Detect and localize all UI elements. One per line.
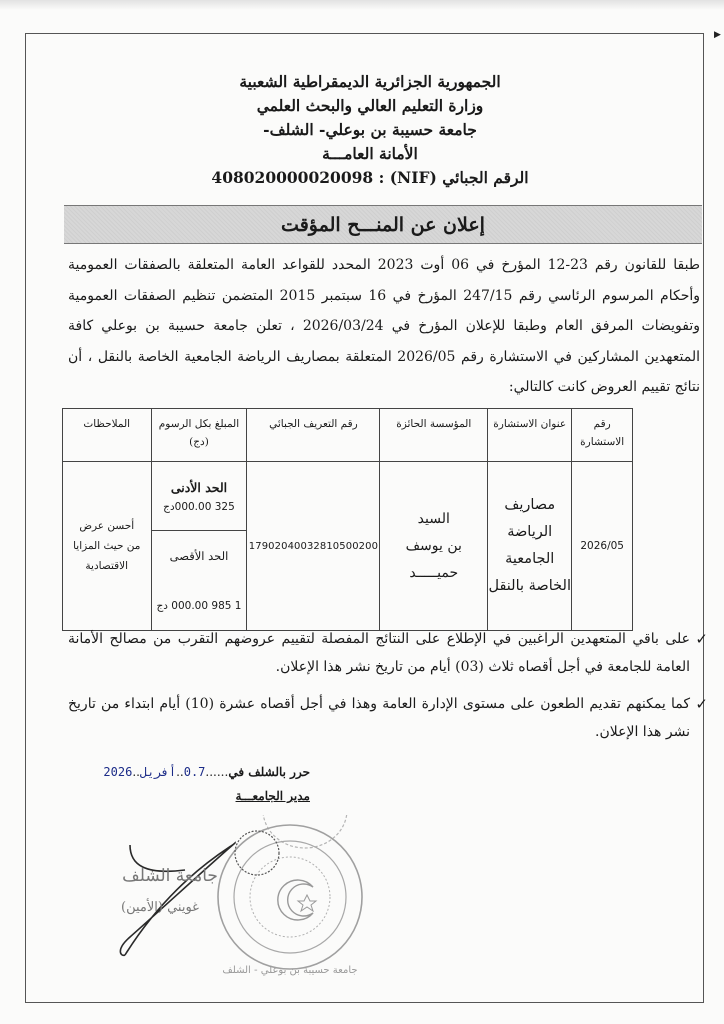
cell-amount: الحد الأدنى 325 000.00دج الحد الأقصى 1 9…: [151, 462, 247, 631]
tax-id-label: الرقم الجبائي (NIF) :: [379, 168, 529, 187]
checkmark-icon: ✓: [690, 625, 708, 653]
notice-text: كما يمكنهم تقديم الطعون على مستوى الإدار…: [68, 690, 690, 746]
tax-id-line: الرقم الجبائي (NIF) : 408020000020098: [150, 166, 590, 190]
scan-marker-icon: ▶: [714, 30, 721, 40]
intro-text: طبقا للقانون رقم 23-12 المؤرخ في 06 أوت …: [68, 250, 700, 403]
notice-item: ✓ على باقي المتعهدين الراغبين في الإطلاع…: [68, 625, 708, 681]
notice-text: على باقي المتعهدين الراغبين في الإطلاع ع…: [68, 625, 690, 681]
cell-notes: أحسن عرض من حيث المزايا الاقتصادية: [63, 462, 152, 631]
header-winning-company: المؤسسة الحائزة: [380, 409, 488, 462]
date-dots: ......: [205, 765, 228, 779]
document-header: الجمهورية الجزائرية الديمقراطية الشعبية …: [150, 70, 590, 190]
min-label: الحد الأدنى: [171, 480, 227, 495]
table-header-row: رقم الاستشارة عنوان الاستشارة المؤسسة ال…: [63, 409, 633, 462]
notice-list: ✓ على باقي المتعهدين الراغبين في الإطلاع…: [68, 625, 708, 755]
signatory-role: مدير الجامعـــة: [60, 784, 310, 808]
header-consultation-number: رقم الاستشارة: [572, 409, 633, 462]
company-line-1: السيد: [380, 506, 487, 533]
max-label: الحد الأقصى: [170, 549, 229, 563]
notes-text: أحسن عرض من حيث المزايا الاقتصادية: [63, 516, 151, 576]
header-tax-id: رقم التعريف الجبائي: [247, 409, 380, 462]
official-stamp-icon: جامعة حسيبة بن بوعلي - الشلف جامعة الشلف…: [85, 815, 385, 995]
date-month: أفريل: [140, 765, 176, 779]
cell-tax-id: 17902040032810500200: [247, 462, 380, 631]
date-day: 0.7: [184, 765, 206, 779]
consultation-title-text: مصاريف الرياضة الجامعية الخاصة بالنقل: [488, 497, 570, 594]
amount-minimum: الحد الأدنى 325 000.00دج: [152, 462, 247, 531]
max-value: 1 985 000.00 دج: [157, 600, 242, 612]
min-value: 325 000.00دج: [163, 501, 235, 513]
tax-id-value: 408020000020098: [211, 168, 373, 187]
university-name: جامعة حسيبة بن بوعلي- الشلف-: [150, 118, 590, 142]
ministry-name: وزارة التعليم العالي والبحث العلمي: [150, 94, 590, 118]
announcement-title: إعلان عن المنـــح المؤقت: [281, 214, 485, 236]
svg-text:جامعة حسيبة بن بوعلي - الشلف: جامعة حسيبة بن بوعلي - الشلف: [222, 965, 357, 976]
intro-paragraph: طبقا للقانون رقم 23-12 المؤرخ في 06 أوت …: [68, 250, 700, 403]
date-year: 2026: [103, 765, 132, 779]
department-name: الأمانة العامـــة: [150, 142, 590, 166]
issued-at-line: حرر بالشلف في......0.7..أفريل..2026: [60, 760, 310, 784]
company-line-3: حميـــــد: [380, 560, 487, 587]
cell-consultation-number: 2026/05: [572, 462, 633, 631]
place-label: حرر بالشلف في: [228, 765, 310, 779]
header-amount: المبلغ بكل الرسوم (دج): [151, 409, 247, 462]
signature-block: حرر بالشلف في......0.7..أفريل..2026 مدير…: [60, 760, 310, 808]
svg-text:غويني (الأمين): غويني (الأمين): [121, 898, 199, 915]
amount-maximum: الحد الأقصى 1 985 000.00 دج: [152, 531, 247, 630]
header-notes: الملاحظات: [63, 409, 152, 462]
cell-consultation-title: مصاريف الرياضة الجامعية الخاصة بالنقل: [488, 462, 572, 631]
table-row: 2026/05 مصاريف الرياضة الجامعية الخاصة ب…: [63, 462, 633, 631]
notice-item: ✓ كما يمكنهم تقديم الطعون على مستوى الإد…: [68, 690, 708, 746]
checkmark-icon: ✓: [690, 690, 708, 718]
scan-edge-shadow: [0, 0, 724, 10]
svg-text:جامعة الشلف: جامعة الشلف: [122, 866, 218, 886]
announcement-title-band: إعلان عن المنـــح المؤقت: [64, 205, 702, 244]
header-consultation-title: عنوان الاستشارة: [488, 409, 572, 462]
cell-winning-company: السيد بن يوسف حميـــــد: [380, 462, 488, 631]
company-line-2: بن يوسف: [380, 533, 487, 560]
republic-name: الجمهورية الجزائرية الديمقراطية الشعبية: [150, 70, 590, 94]
stamp-and-signature: جامعة حسيبة بن بوعلي - الشلف جامعة الشلف…: [85, 815, 385, 995]
results-table: رقم الاستشارة عنوان الاستشارة المؤسسة ال…: [62, 408, 633, 631]
